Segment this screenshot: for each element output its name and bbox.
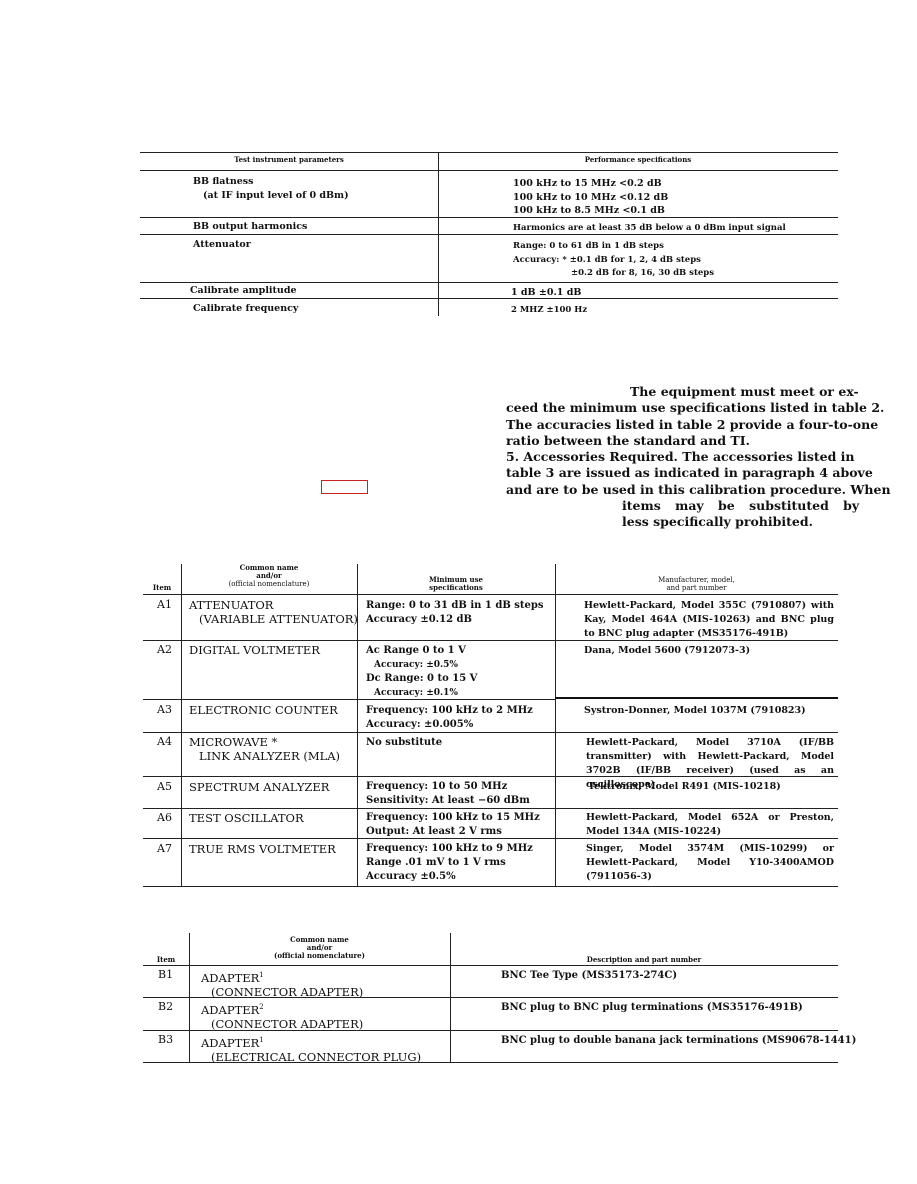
paragraph-line: items may be substituted by — [506, 498, 834, 514]
item-b3: B3 — [158, 1033, 173, 1047]
item-a3: A3 — [157, 703, 172, 717]
item-a4: A4 — [157, 735, 172, 749]
header-item: Item — [143, 584, 181, 592]
item-a7: A7 — [157, 842, 172, 856]
spec-a1: Range: 0 to 31 dB in 1 dB steps Accuracy… — [366, 599, 544, 627]
name-a5: SPECTRUM ANALYZER — [189, 780, 329, 794]
item-b1: B1 — [158, 968, 173, 982]
item-a2: A2 — [157, 643, 172, 657]
spec-a4: No substitute — [366, 736, 442, 750]
header-performance-specifications: Performance specifications — [438, 156, 838, 164]
mfr-a3: Systron-Donner, Model 1037M (7910823) — [584, 704, 834, 718]
paragraph-line: The equipment must meet or ex- — [506, 384, 834, 400]
spec-a2: Ac Range 0 to 1 V Accuracy: ±0.5% Dc Ran… — [366, 644, 477, 700]
mfr-a6: Hewlett-Packard, Model 652A or Preston, … — [586, 811, 834, 839]
param-bb-output-harmonics: BB output harmonics — [193, 220, 307, 234]
paragraph-line: ceed the minimum use specifications list… — [506, 400, 834, 416]
mfr-a2: Dana, Model 5600 (7912073-3) — [584, 644, 834, 658]
header-item: Item — [143, 956, 189, 964]
highlight-box — [321, 480, 368, 494]
param-attenuator: Attenuator — [193, 238, 251, 252]
name-a6: TEST OSCILLATOR — [189, 811, 304, 825]
header-test-instrument-parameters: Test instrument parameters — [140, 156, 438, 164]
name-b3: ADAPTER1 (ELECTRICAL CONNECTOR PLUG) — [201, 1033, 421, 1064]
item-b2: B2 — [158, 1000, 173, 1014]
mfr-a7: Singer, Model 3574M (MIS-10299) or Hewle… — [586, 842, 834, 884]
name-a3: ELECTRONIC COUNTER — [189, 703, 338, 717]
param-calibrate-frequency: Calibrate frequency — [193, 302, 298, 316]
paragraph-line: and are to be used in this calibration p… — [506, 482, 834, 498]
header-common-name: Common name and/or (official nomenclatur… — [189, 936, 450, 960]
spec-bb-flatness: 100 kHz to 15 MHz <0.2 dB 100 kHz to 10 … — [513, 177, 668, 218]
paragraph-line: ratio between the standard and TI. — [506, 433, 834, 449]
paragraph-line: table 3 are issued as indicated in parag… — [506, 465, 834, 481]
body-paragraph: The equipment must meet or ex- ceed the … — [506, 384, 834, 531]
desc-b3: BNC plug to double banana jack terminati… — [501, 1034, 856, 1048]
name-a2: DIGITAL VOLTMETER — [189, 643, 320, 657]
item-a6: A6 — [157, 811, 172, 825]
spec-calibrate-frequency: 2 MHZ ±100 Hz — [511, 304, 587, 318]
name-a1: ATTENUATOR (VARIABLE ATTENUATOR) — [189, 598, 358, 626]
item-a1: A1 — [157, 598, 172, 612]
paragraph-heading-accessories: 5. Accessories Required. The accessories… — [506, 449, 834, 465]
spec-a5: Frequency: 10 to 50 MHz Sensitivity: At … — [366, 780, 530, 808]
spec-attenuator: Range: 0 to 61 dB in 1 dB steps Accuracy… — [513, 240, 714, 281]
item-a5: A5 — [157, 780, 172, 794]
spec-a3: Frequency: 100 kHz to 2 MHz Accuracy: ±0… — [366, 704, 533, 732]
param-bb-flatness: BB flatness (at IF input level of 0 dBm) — [193, 175, 349, 202]
name-a4: MICROWAVE * LINK ANALYZER (MLA) — [189, 735, 340, 763]
header-common-name: Common name and/or (official nomenclatur… — [181, 564, 357, 588]
header-description: Description and part number — [450, 956, 838, 964]
mfr-a1: Hewlett-Packard, Model 355C (7910807) wi… — [584, 599, 834, 641]
name-a7: TRUE RMS VOLTMETER — [189, 842, 336, 856]
paragraph-line: less specifically prohibited. — [506, 514, 834, 530]
spec-a6: Frequency: 100 kHz to 15 MHz Output: At … — [366, 811, 540, 839]
param-calibrate-amplitude: Calibrate amplitude — [190, 284, 297, 298]
desc-b2: BNC plug to BNC plug terminations (MS351… — [501, 1001, 803, 1015]
header-manufacturer: Manufacturer, model, and part number — [555, 576, 838, 592]
desc-b1: BNC Tee Type (MS35173-274C) — [501, 969, 677, 983]
name-b1: ADAPTER1 (CONNECTOR ADAPTER) — [201, 968, 363, 999]
spec-a7: Frequency: 100 kHz to 9 MHz Range .01 mV… — [366, 842, 533, 884]
name-b2: ADAPTER2 (CONNECTOR ADAPTER) — [201, 1000, 363, 1031]
paragraph-line: The accuracies listed in table 2 provide… — [506, 417, 834, 433]
header-minimum-use-specifications: Minimum use specifications — [357, 576, 555, 592]
mfr-a5: Tektronix, Model R491 (MIS-10218) — [588, 780, 834, 794]
